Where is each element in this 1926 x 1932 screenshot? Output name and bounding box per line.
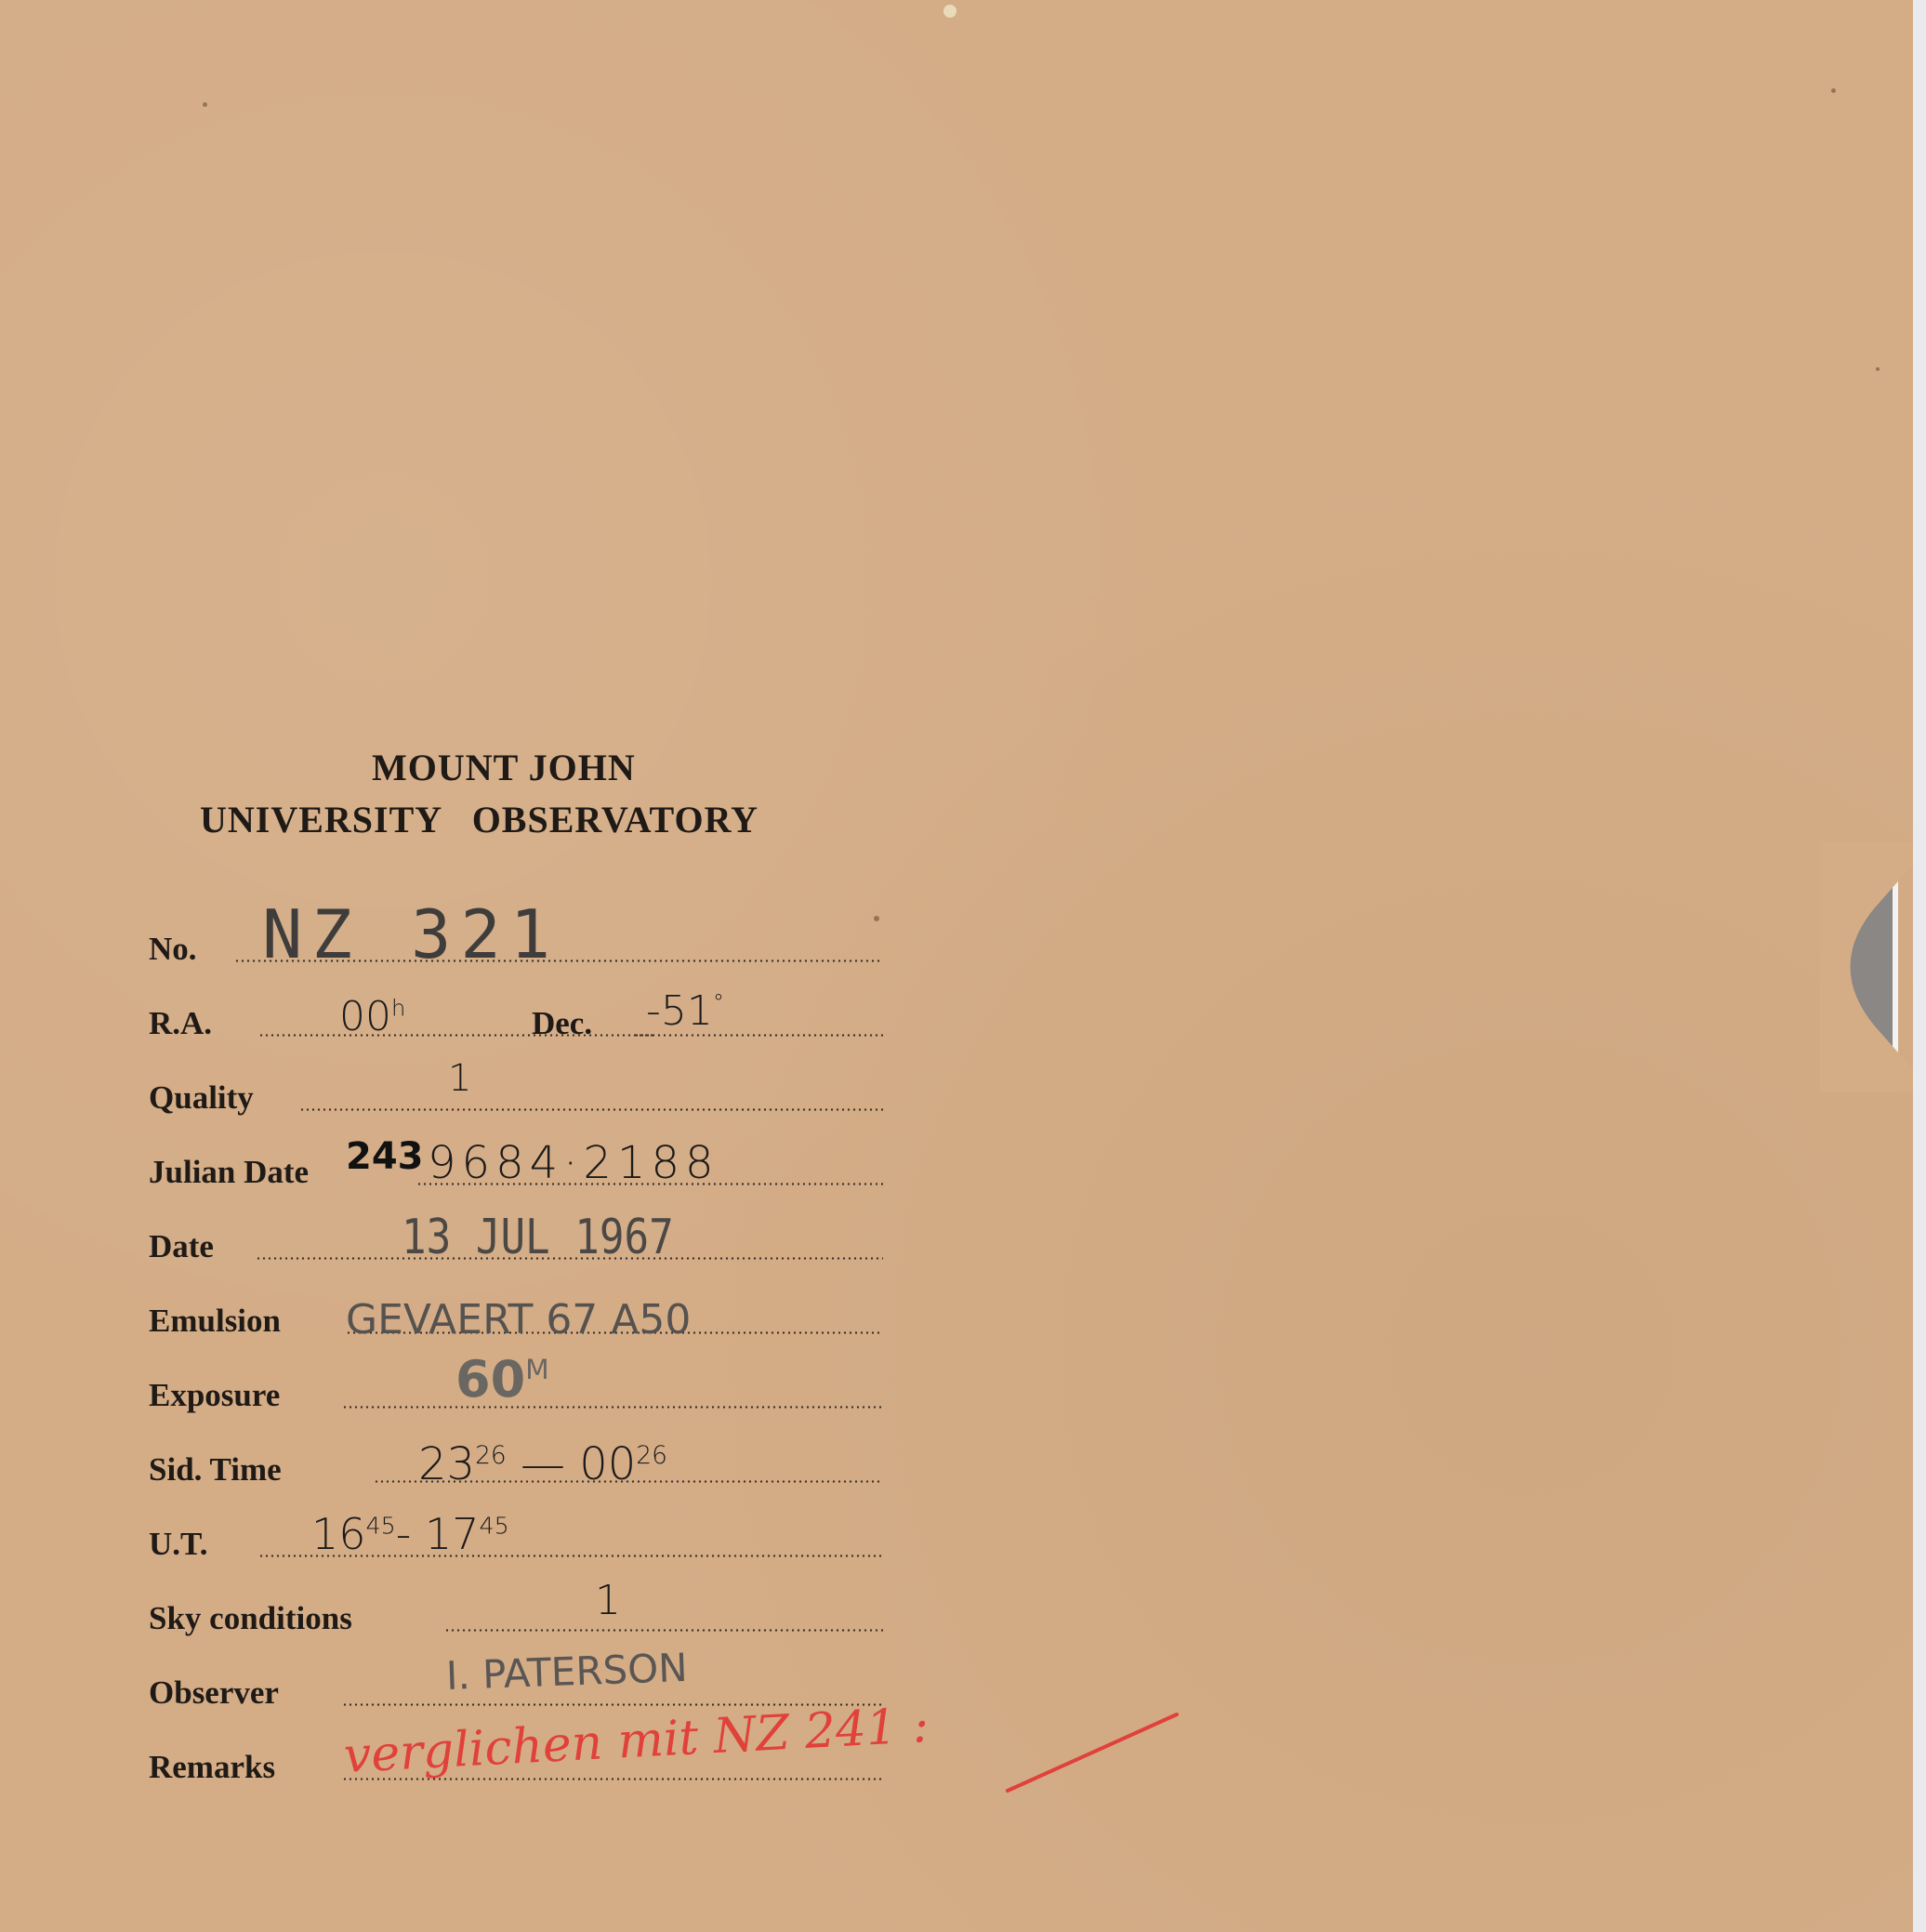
paper-speck — [1831, 88, 1836, 93]
punch-mark — [943, 5, 956, 18]
dotted-line — [444, 1629, 883, 1632]
date-label: Date — [149, 1228, 214, 1265]
julian-date-prefix: 243 — [346, 1135, 424, 1178]
ra-label: R.A. — [149, 1005, 212, 1042]
envelope-thumb-notch — [1820, 841, 1926, 1092]
field-plate-number: No. NZ 321 — [149, 916, 883, 972]
dec-value: -51° — [646, 987, 724, 1035]
sidereal-time-label: Sid. Time — [149, 1451, 282, 1489]
remarks-label: Remarks — [149, 1749, 275, 1786]
sky-conditions-label: Sky conditions — [149, 1600, 352, 1637]
universal-time-value: 1645- 1745 — [311, 1509, 509, 1559]
observatory-name-line1: MOUNT JOHN — [372, 746, 636, 789]
exposure-value: 60M — [455, 1350, 549, 1409]
red-check-mark-icon — [1004, 1711, 1181, 1794]
julian-date-value: 9684·2188 — [428, 1137, 719, 1189]
field-sky-conditions: Sky conditions 1 — [149, 1585, 883, 1641]
paper-speck — [1876, 367, 1880, 371]
field-universal-time: U.T. 1645- 1745 — [149, 1511, 883, 1567]
emulsion-label: Emulsion — [149, 1303, 281, 1340]
field-date: Date 13 JUL 1967 — [149, 1213, 883, 1269]
field-ra-dec: R.A. 00h Dec. -51° — [149, 990, 883, 1046]
field-sidereal-time: Sid. Time 2326 — 0026 — [149, 1436, 883, 1492]
field-remarks: Remarks verglichen mit NZ 241 : — [149, 1734, 883, 1790]
universal-time-label: U.T. — [149, 1526, 208, 1563]
quality-value: 1 — [448, 1057, 471, 1100]
plate-number-value: NZ 321 — [262, 895, 560, 973]
sky-conditions-value: 1 — [595, 1577, 621, 1624]
ra-value: 00h — [339, 993, 405, 1040]
dec-label: Dec. — [532, 1005, 592, 1042]
field-quality: Quality 1 — [149, 1065, 883, 1120]
dotted-line — [258, 1034, 655, 1037]
field-julian-date: Julian Date 243 9684·2188 — [149, 1139, 883, 1195]
observer-label: Observer — [149, 1674, 279, 1712]
dotted-line — [342, 1406, 883, 1409]
paper-speck — [203, 102, 207, 107]
date-value: 13 JUL 1967 — [402, 1210, 674, 1265]
observatory-name-line2: UNIVERSITY OBSERVATORY — [200, 798, 759, 841]
sidereal-time-value: 2326 — 0026 — [418, 1438, 667, 1490]
observer-value: I. PATERSON — [445, 1645, 688, 1699]
emulsion-value: GEVAERT 67 A50 — [346, 1296, 691, 1343]
dotted-line — [299, 1108, 883, 1111]
plate-envelope: MOUNT JOHN UNIVERSITY OBSERVATORY No. NZ… — [0, 0, 1913, 1932]
plate-number-label: No. — [149, 931, 197, 968]
exposure-label: Exposure — [149, 1377, 280, 1414]
julian-date-label: Julian Date — [149, 1154, 309, 1191]
quality-label: Quality — [149, 1079, 254, 1117]
field-exposure: Exposure 60M — [149, 1362, 883, 1418]
field-emulsion: Emulsion GEVAERT 67 A50 — [149, 1288, 883, 1343]
